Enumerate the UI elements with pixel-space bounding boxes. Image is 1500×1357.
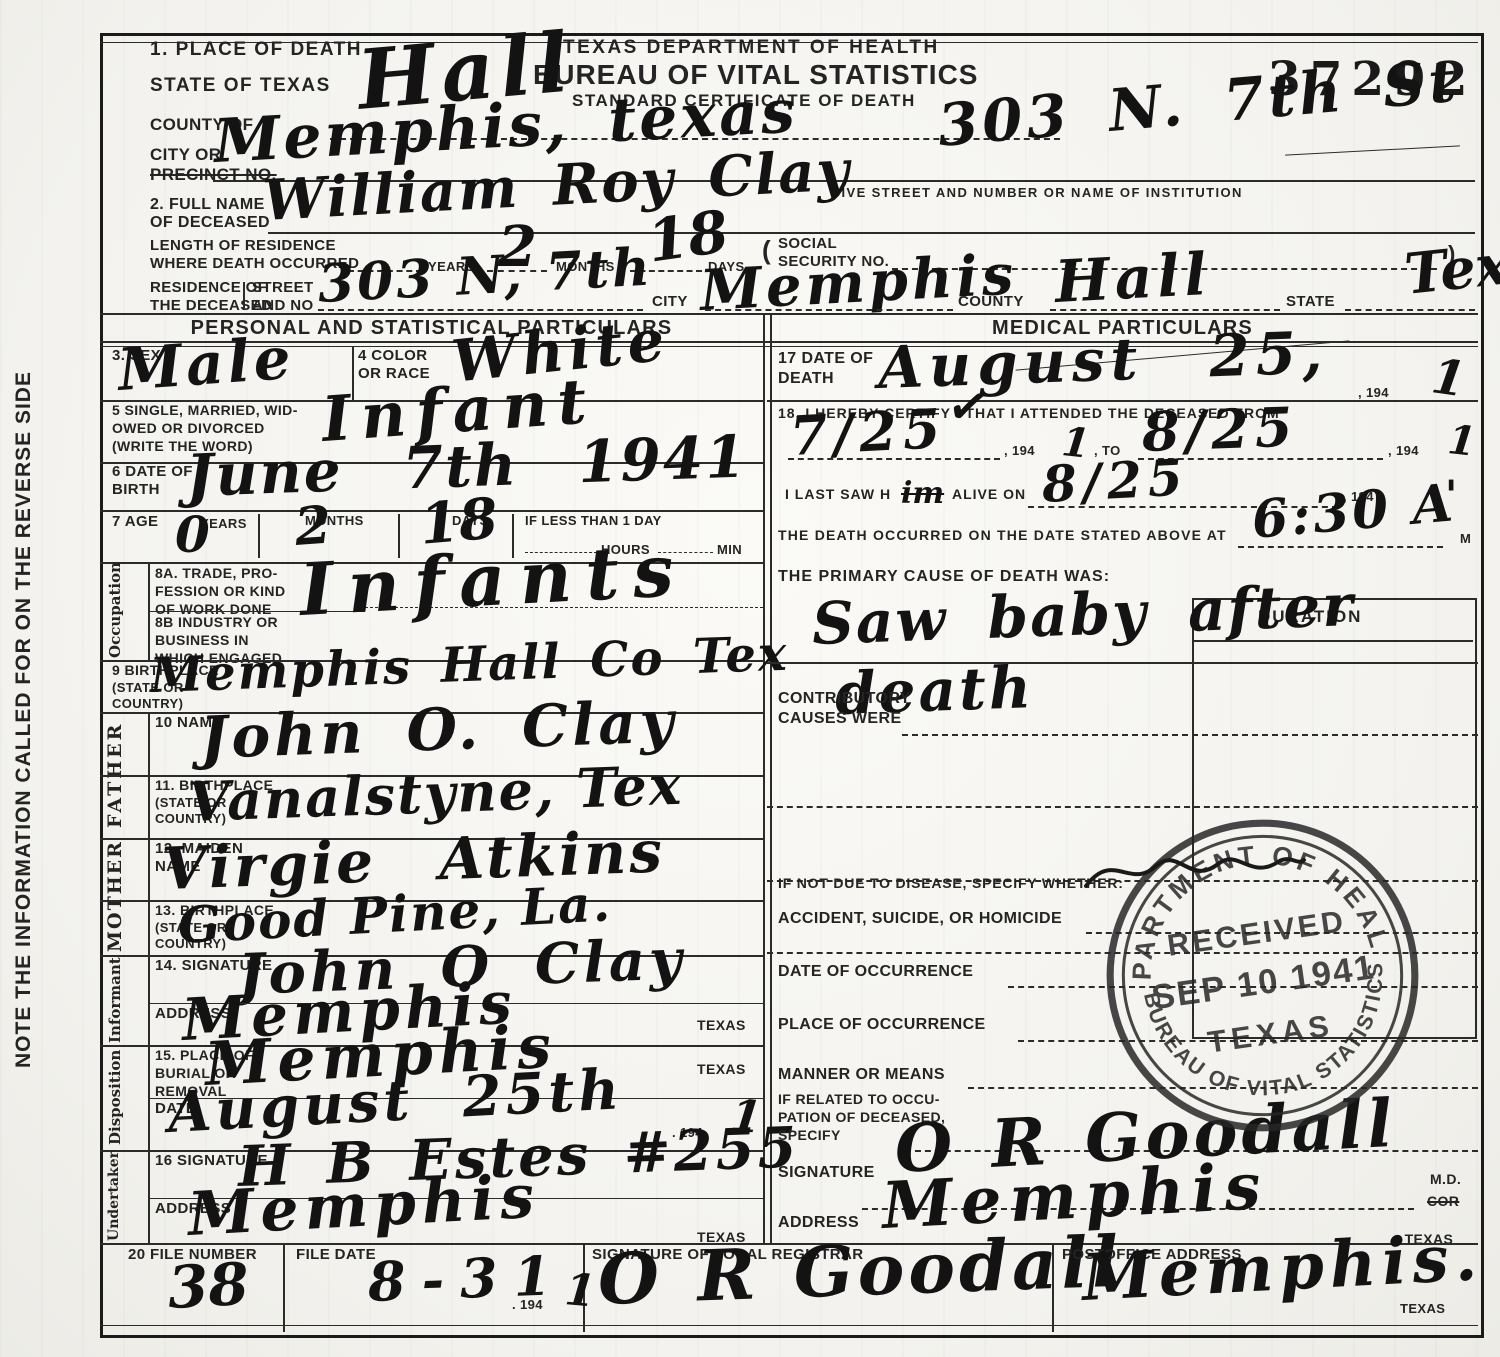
street-and-no-label-1: STREET: [252, 280, 314, 297]
residence-county-label: COUNTY: [958, 294, 1024, 311]
manner-means-label: MANNER OR MEANS: [778, 1066, 945, 1084]
rule: [148, 712, 150, 1243]
occ-8a-label-1: 8A. TRADE, PRO-: [155, 566, 278, 581]
mother-side-label: MOTHER: [104, 842, 126, 952]
rule: [318, 309, 643, 311]
disposition-side-label: Disposition: [106, 1048, 124, 1147]
rule: [258, 514, 260, 558]
rule: [902, 734, 1478, 736]
ssn-label-1: SOCIAL: [778, 236, 837, 253]
stamp-state-text: TEXAS: [1206, 1008, 1336, 1059]
not-disease-label: IF NOT DUE TO DISEASE, SPECIFY WHETHER:: [778, 876, 1124, 891]
attended-from-handwriting: 7/25: [789, 404, 948, 461]
death-time-handwriting: 6:30 A: [1250, 480, 1458, 544]
residence-of-label-1: RESIDENCE OF: [150, 280, 267, 297]
occ-8b-label-1: 8B INDUSTRY OR: [155, 615, 278, 630]
informant-side-label: Informant: [106, 958, 124, 1043]
rule: [100, 313, 1478, 315]
postoffice-state-label: TEXAS: [1400, 1302, 1445, 1316]
undertaker-side-label: Undertaker: [106, 1153, 122, 1241]
rule: [100, 1325, 1478, 1326]
marital-label-1: 5 SINGLE, MARRIED, WID-: [112, 403, 298, 418]
street-note-label: GIVE STREET AND NUMBER OR NAME OF INSTIT…: [830, 186, 1243, 200]
occ-8a-label-2: FESSION OR KIND: [155, 584, 285, 599]
place-occurrence-label: PLACE OF OCCURRENCE: [778, 1016, 986, 1034]
rule: [283, 1243, 285, 1332]
year2-printed: , 194: [1388, 444, 1419, 458]
column-divider: [770, 313, 772, 1243]
last-saw-strike-handwriting: im: [901, 480, 944, 507]
file-number-handwriting: 38: [167, 1258, 250, 1314]
registrar-signature-handwriting: O R Goodall: [597, 1230, 1123, 1311]
file-date-label: FILE DATE: [296, 1247, 376, 1264]
occupation-handwriting: Infants: [298, 538, 689, 623]
age-label: 7 AGE: [112, 514, 158, 531]
year1-printed: , 194: [1004, 444, 1035, 458]
related-label-3: SPECIFY: [778, 1128, 841, 1143]
contributory-label-1: CONTRIBUTORY: [778, 690, 911, 708]
dob-label-2: BIRTH: [112, 482, 160, 499]
stamp-received-text: RECEIVED: [1165, 904, 1348, 963]
postoffice-handwriting: Memphis.: [1080, 1229, 1484, 1308]
md-label: M.D.: [1430, 1172, 1461, 1187]
last-saw-label-2: ALIVE ON: [952, 487, 1026, 502]
rule: [1238, 546, 1443, 548]
not-disease-answer-squiggle: [1078, 838, 1308, 908]
related-label-1: IF RELATED TO OCCU-: [778, 1092, 940, 1107]
date-of-death-label-1: 17 DATE OF: [778, 350, 873, 368]
residence-street-handwriting: 303 N, 7th: [317, 244, 654, 308]
rule: [243, 282, 245, 310]
date-of-death-label-2: DEATH: [778, 370, 834, 388]
death-certificate-scan: NOTE THE INFORMATION CALLED FOR ON THE R…: [0, 0, 1500, 1357]
rule: [788, 458, 1000, 460]
certify-check-mark: ✓: [944, 380, 993, 432]
state-of-texas-label: STATE OF TEXAS: [150, 76, 331, 97]
burial-state-label: TEXAS: [697, 1062, 746, 1077]
column-divider: [763, 313, 765, 1243]
dept-title: TEXAS DEPARTMENT OF HEALTH: [563, 38, 940, 59]
rule: [1050, 309, 1280, 311]
reverse-side-note: NOTE THE INFORMATION CALLED FOR ON THE R…: [12, 285, 36, 1155]
residence-county-handwriting: Hall: [1054, 248, 1213, 308]
rule: [1345, 309, 1475, 311]
full-name-label-2: OF DECEASED: [150, 214, 270, 232]
date-occurrence-label: DATE OF OCCURRENCE: [778, 963, 973, 981]
age-lessday-label: IF LESS THAN 1 DAY: [525, 514, 662, 528]
city-or-label: CITY OR: [150, 146, 221, 165]
rule: [268, 232, 1475, 234]
residence-state-label: STATE: [1286, 294, 1335, 311]
length-residence-label-1: LENGTH OF RESIDENCE: [150, 238, 336, 255]
age-years-handwriting: 0: [175, 512, 210, 557]
rule: [705, 309, 953, 311]
date-of-death-year-printed: , 194: [1358, 386, 1389, 400]
squiggle-stroke: [1086, 859, 1304, 886]
death-occurred-label: THE DEATH OCCURRED ON THE DATE STATED AB…: [778, 528, 1227, 543]
age-min-label: MIN: [717, 543, 742, 557]
dob-label-1: 6 DATE OF: [112, 464, 193, 481]
residence-state-handwriting: Tex: [1402, 239, 1500, 300]
father-name-handwriting: John O. Clay: [199, 695, 678, 764]
age-months-handwriting: 2: [293, 503, 332, 552]
file-date-year-handwriting: 1: [563, 1270, 597, 1312]
last-saw-label-1: I LAST SAW H: [785, 487, 891, 502]
color-label-1: 4 COLOR: [358, 348, 427, 365]
marital-label-2: OWED OR DIVORCED: [112, 421, 265, 436]
sex-handwriting: Male: [116, 332, 296, 396]
informant-address-state: TEXAS: [697, 1018, 746, 1033]
occupation-side-label: Occupation: [106, 566, 124, 658]
accident-label: ACCIDENT, SUICIDE, OR HOMICIDE: [778, 910, 1062, 928]
place-of-death-label: 1. PLACE OF DEATH: [150, 40, 362, 61]
father-bp-handwriting: Vanalstyne, Tex: [187, 761, 684, 827]
cor-label: COR: [1427, 1194, 1459, 1209]
cause-handwriting-1: Saw baby after: [811, 579, 1355, 650]
contributory-label-2: CAUSES WERE: [778, 710, 902, 728]
last-saw-handwriting: 8/25: [1041, 454, 1190, 507]
date-of-death-handwriting: August 25,: [877, 326, 1329, 394]
undertaker-address-handwriting: Memphis: [187, 1170, 542, 1242]
full-name-label-1: 2. FULL NAME: [150, 196, 265, 214]
date-of-death-year-handwriting: 1: [1429, 355, 1468, 402]
physician-signature-label: SIGNATURE: [778, 1164, 875, 1182]
year2-handwriting: 1: [1446, 422, 1477, 461]
file-date-year-printed: . 194: [512, 1298, 543, 1312]
m-label: M: [1460, 532, 1471, 546]
